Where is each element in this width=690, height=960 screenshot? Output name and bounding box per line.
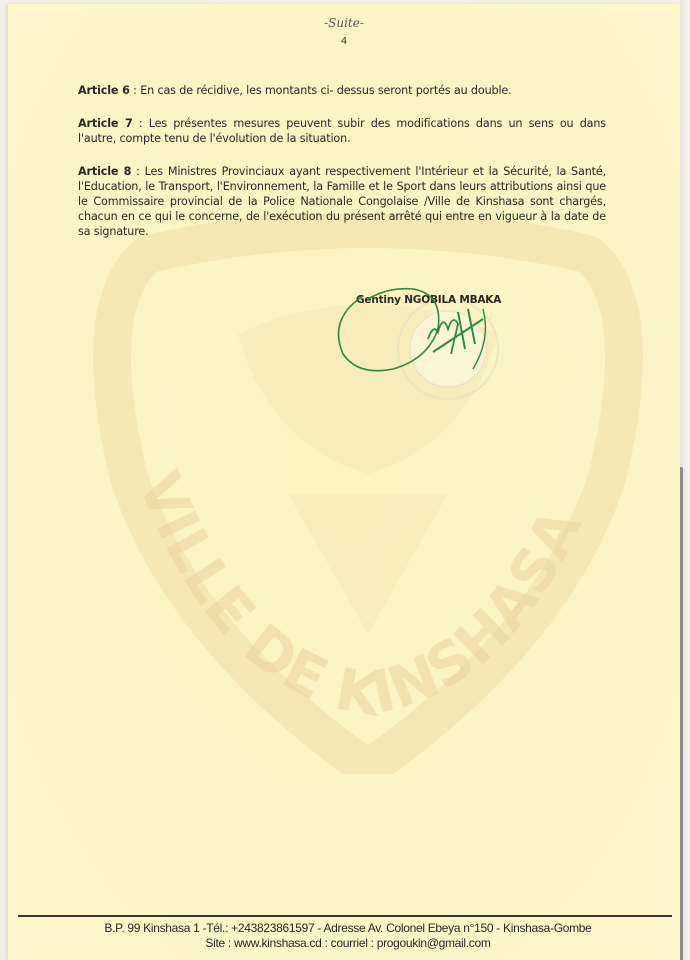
article-8: Article 8 : Les Ministres Provinciaux ay… [78, 164, 606, 239]
page-number: 4 [8, 36, 680, 47]
article-label: Article 8 [78, 165, 131, 178]
article-label: Article 7 [78, 117, 133, 130]
article-label: Article 6 [78, 84, 130, 97]
article-text: Les Ministres Provinciaux ayant respecti… [78, 165, 606, 238]
article-6: Article 6 : En cas de récidive, les mont… [78, 83, 606, 98]
footer-divider [18, 915, 672, 917]
svg-text:VILLE DE KINSHASA: VILLE DE KINSHASA [125, 462, 595, 730]
article-text: Les présentes mesures peuvent subir des … [78, 117, 606, 145]
continuation-mark: -Suite- [8, 16, 680, 30]
article-7: Article 7 : Les présentes mesures peuven… [78, 116, 606, 146]
article-text: En cas de récidive, les montants ci- des… [140, 84, 511, 97]
document-page: VILLE DE KINSHASA -Suite- 4 Article 6 : … [8, 4, 680, 960]
footer-contact: Site : www.kinshasa.cd : courriel : prog… [8, 936, 688, 950]
footer-address: B.P. 99 Kinshasa 1 -Tél.: +243823861597 … [8, 921, 688, 935]
handwritten-signature [333, 284, 523, 394]
